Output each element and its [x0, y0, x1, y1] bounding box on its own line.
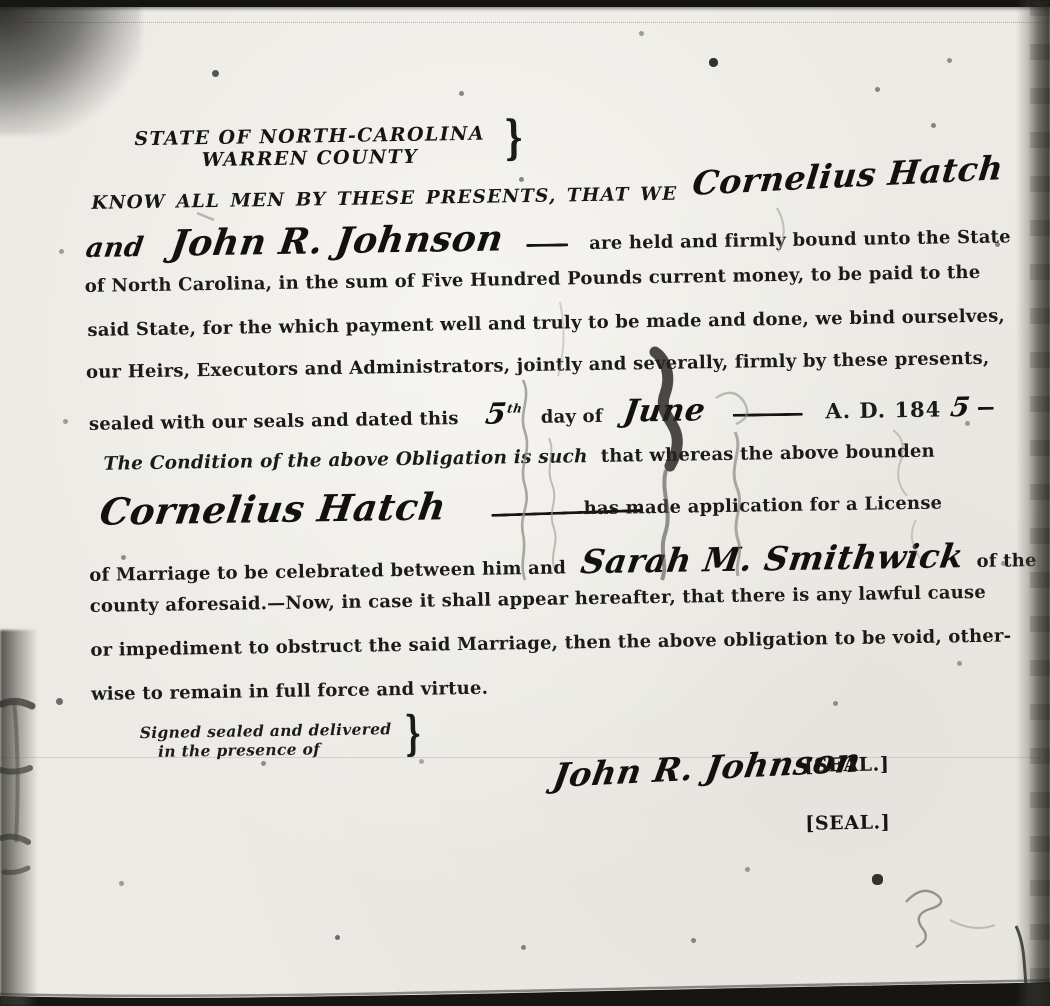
- document-text-block: STATE OF NORTH-CAROLINA WARREN COUNTY } …: [82, 98, 979, 892]
- pen-dash: [732, 413, 802, 417]
- bottom-paper-edge: [0, 982, 1050, 1006]
- bond-line4: our Heirs, Executors and Administrators,…: [86, 348, 990, 383]
- year-handwritten-digit: 5: [948, 392, 972, 423]
- obligor2-line: and John R. Johnson are held and firmly …: [86, 209, 1011, 266]
- day-number: 5: [483, 396, 509, 430]
- header-brace: }: [504, 111, 524, 166]
- obligor2-handwritten-name: John R. Johnson: [168, 217, 506, 264]
- know-all-men-text: KNOW ALL MEN BY THESE PRESENTS, THAT WE: [91, 184, 677, 214]
- corner-arc: [950, 920, 995, 928]
- right-scan-edge-texture: [1030, 0, 1050, 1006]
- header-lines: STATE OF NORTH-CAROLINA WARREN COUNTY: [134, 122, 485, 172]
- signature-row: John R. Johnson [SEAL.]: [92, 738, 978, 822]
- left-edge-smudge-band: [0, 630, 38, 1006]
- scanned-marriage-bond-document: STATE OF NORTH-CAROLINA WARREN COUNTY } …: [0, 0, 1050, 1006]
- obligor1-handwritten-name: Cornelius Hatch: [691, 148, 1006, 203]
- seal-text-2: [SEAL.]: [805, 811, 890, 834]
- bond-line3: said State, for the which payment well a…: [87, 306, 1005, 341]
- application-text: has made application for a License: [584, 493, 943, 520]
- applicant-handwritten-name: Cornelius Hatch: [97, 484, 449, 534]
- day-of-text: day of: [541, 406, 603, 428]
- pen-dash: [526, 243, 568, 247]
- bound-clause-text: are held and firmly bound unto the State: [589, 226, 1011, 254]
- bond-line2: of North Carolina, in the sum of Five Hu…: [85, 262, 981, 297]
- date-line: sealed with our seals and dated this 5th…: [89, 388, 994, 438]
- bottom-edge-shadow: [0, 980, 1050, 996]
- pen-flourish: [978, 406, 994, 409]
- year-printed-text: A. D. 184: [825, 397, 941, 424]
- marriage-line: of Marriage to be celebrated between him…: [89, 535, 1037, 589]
- condition-line3: county aforesaid.—Now, in case it shall …: [90, 582, 986, 617]
- marriage-prefix-text: of Marriage to be celebrated between him…: [89, 557, 566, 585]
- top-scan-edge: [0, 0, 1050, 7]
- condition-line5: wise to remain in full force and virtue.: [91, 678, 488, 705]
- opening-line: KNOW ALL MEN BY THESE PRESENTS, THAT WE …: [91, 164, 1002, 217]
- scanline-artifact: [0, 22, 1050, 23]
- day-handwritten: 5th: [483, 396, 524, 431]
- sealed-prefix-text: sealed with our seals and dated this: [89, 408, 459, 435]
- month-handwritten: June: [621, 392, 708, 429]
- top-left-corner-shadow: [0, 0, 141, 135]
- corner-squiggle: [906, 891, 941, 947]
- bride-handwritten-name: Sarah M. Smithwick: [578, 536, 966, 581]
- condition-italic-text: The Condition of the above Obligation is…: [103, 446, 587, 475]
- condition-lead-line: The Condition of the above Obligation is…: [103, 441, 935, 475]
- day-suffix: th: [506, 401, 523, 415]
- and-handwritten: and: [84, 232, 146, 264]
- document-header: STATE OF NORTH-CAROLINA WARREN COUNTY }: [134, 121, 524, 172]
- condition-line4: or impediment to obstruct the said Marri…: [90, 625, 1011, 660]
- applicant-line: Cornelius Hatch has made application for…: [100, 476, 961, 534]
- attestation-line1: Signed sealed and delivered: [140, 719, 392, 742]
- condition-rest-text: that whereas the above bounden: [601, 441, 935, 467]
- seal-text-1: [SEAL.]: [804, 753, 889, 776]
